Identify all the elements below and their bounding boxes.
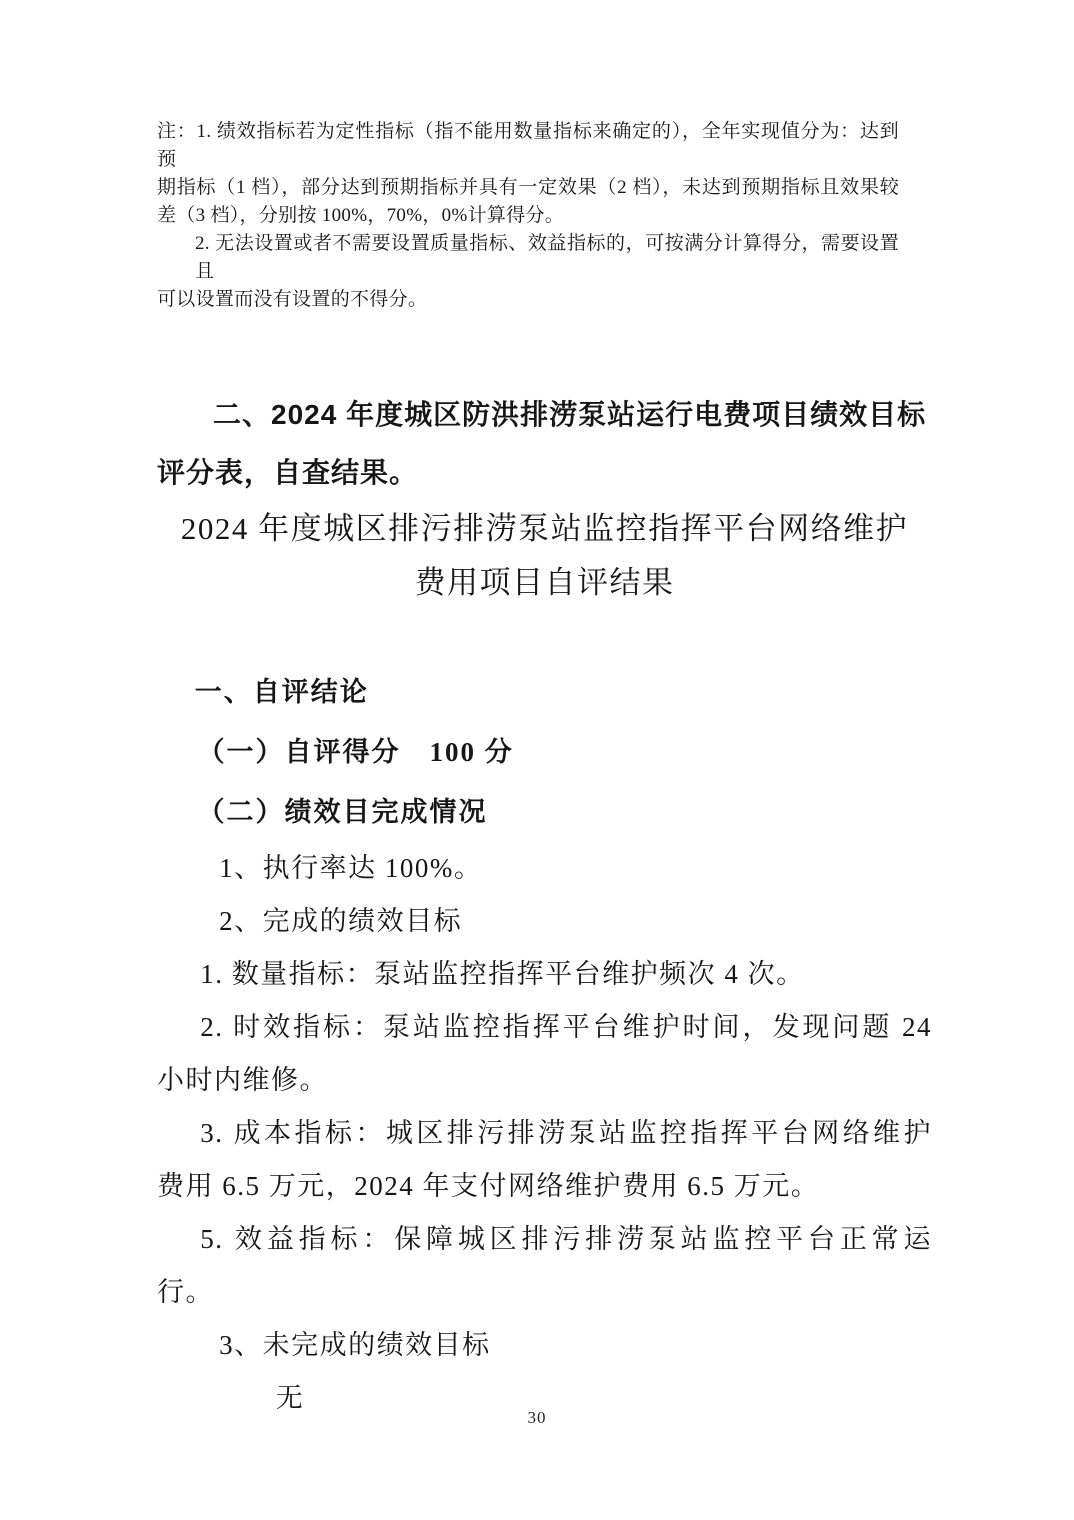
- body-line: 1. 数量指标：泵站监控指挥平台维护频次 4 次。: [157, 948, 932, 1001]
- body-line: 小时内维修。: [157, 1054, 932, 1107]
- body-line: 2、完成的绩效目标: [157, 895, 932, 948]
- section-two-heading: 二、2024 年度城区防洪排涝泵站运行电费项目绩效目标 评分表，自查结果。: [157, 386, 932, 502]
- note-line: 注：1. 绩效指标若为定性指标（指不能用数量指标来确定的），全年实现值分为：达到…: [157, 118, 899, 174]
- section-two-heading-line: 评分表，自查结果。: [157, 444, 932, 502]
- body-block: 1、执行率达 100%。 2、完成的绩效目标 1. 数量指标：泵站监控指挥平台维…: [157, 842, 932, 1425]
- page-content: 注：1. 绩效指标若为定性指标（指不能用数量指标来确定的），全年实现值分为：达到…: [0, 0, 1074, 1425]
- body-line: 行。: [157, 1266, 932, 1319]
- completion-heading: （二）绩效目完成情况: [157, 782, 932, 842]
- note-line: 差（3 档），分别按 100%，70%，0%计算得分。: [157, 202, 899, 230]
- section-two-heading-line: 二、2024 年度城区防洪排涝泵站运行电费项目绩效目标: [157, 386, 932, 444]
- document-page: 注：1. 绩效指标若为定性指标（指不能用数量指标来确定的），全年实现值分为：达到…: [0, 0, 1074, 1520]
- note-block: 注：1. 绩效指标若为定性指标（指不能用数量指标来确定的），全年实现值分为：达到…: [157, 118, 899, 314]
- document-title-line: 费用项目自评结果: [157, 556, 932, 610]
- note-line: 2. 无法设置或者不需要设置质量指标、效益指标的，可按满分计算得分，需要设置且: [157, 230, 899, 286]
- section-one-heading: 一、自评结论: [157, 662, 932, 722]
- self-eval-sections: 一、自评结论 （一）自评得分 100 分 （二）绩效目完成情况: [157, 662, 932, 842]
- body-line: 2. 时效指标：泵站监控指挥平台维护时间，发现问题 24: [157, 1001, 932, 1054]
- page-number: 30: [0, 1408, 1074, 1428]
- note-line: 可以设置而没有设置的不得分。: [157, 286, 899, 314]
- body-line: 1、执行率达 100%。: [157, 842, 932, 895]
- note-line: 期指标（1 档），部分达到预期指标并具有一定效果（2 档），未达到预期指标且效果…: [157, 174, 899, 202]
- body-line: 3、未完成的绩效目标: [157, 1319, 932, 1372]
- body-line: 费用 6.5 万元，2024 年支付网络维护费用 6.5 万元。: [157, 1160, 932, 1213]
- body-line: 5. 效益指标：保障城区排污排涝泵站监控平台正常运: [157, 1213, 932, 1266]
- document-title: 2024 年度城区排污排涝泵站监控指挥平台网络维护 费用项目自评结果: [157, 502, 932, 610]
- score-heading: （一）自评得分 100 分: [157, 722, 932, 782]
- body-line: 3. 成本指标：城区排污排涝泵站监控指挥平台网络维护: [157, 1107, 932, 1160]
- document-title-line: 2024 年度城区排污排涝泵站监控指挥平台网络维护: [157, 502, 932, 556]
